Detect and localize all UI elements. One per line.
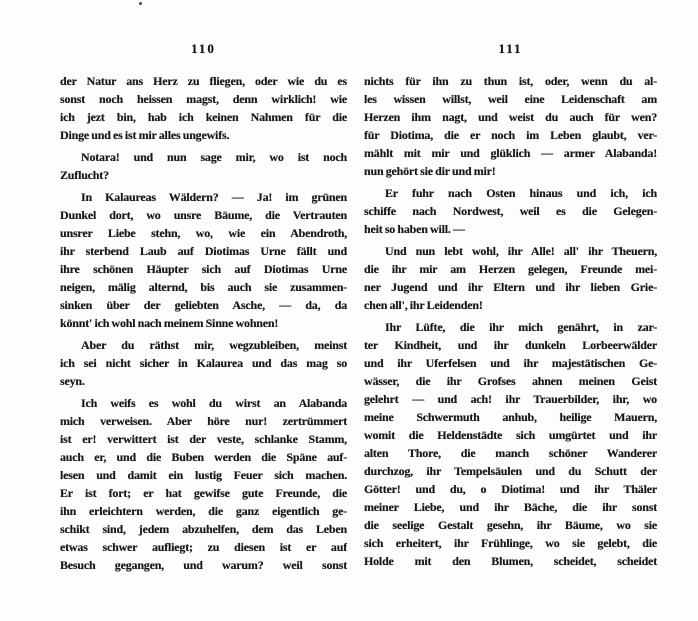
text-line: Notara! und nun sage mir, wo ist noch (60, 148, 347, 166)
text-line: Herzen ihm nagt, und weist du auch für w… (364, 108, 657, 126)
text-line: seyn. (60, 372, 347, 390)
text-line: Besuch gegangen, und warum? weil sonst (60, 556, 347, 574)
text-line: sinken über der geliebten Asche, — da, d… (60, 296, 347, 314)
text-line: mählt mit mir und glüklich — armer Alaba… (364, 144, 657, 162)
text-line: chen all', ihr Leidenden! (364, 296, 657, 314)
book-page-left: 110 der Natur ans Herz zu fliegen, oder … (60, 40, 347, 574)
text-line: auch er, und die Buben werden die Späne … (60, 448, 347, 466)
text-line: Er fuhr nach Osten hinaus und ich, ich (364, 184, 657, 202)
text-line: die seelige Gestalt gesehn, ihr Bäume, w… (364, 516, 657, 534)
text-line: der Natur ans Herz zu fliegen, oder wie … (60, 72, 347, 90)
page-text-column-left: der Natur ans Herz zu fliegen, oder wie … (60, 72, 347, 574)
text-line: mich verweisen. Aber höre nur! zertrümme… (60, 412, 347, 430)
text-line: neigen, mälig alternd, bis auch sie zusa… (60, 278, 347, 296)
text-line: Dinge und es ist mir alles ungewifs. (60, 126, 347, 144)
page-text-column-right: nichts für ihn zu thun ist, oder, wenn d… (364, 72, 657, 570)
text-line: Zuflucht? (60, 166, 347, 184)
text-line: ihre schönen Häupter sich auf Diotimas U… (60, 260, 347, 278)
text-line: ich sei nicht sicher in Kalaurea und das… (60, 354, 347, 372)
text-line: alten Thore, die manch schöner Wanderer (364, 444, 657, 462)
text-line: les wissen willst, weil eine Leidenschaf… (364, 90, 657, 108)
scan-speck-artifact (139, 2, 142, 5)
text-line: Und nun lebt wohl, ihr Alle! all' ihr Th… (364, 242, 657, 260)
text-line: ich jezt bin, hab ich keinen Nahmen für … (60, 108, 347, 126)
text-line: nichts für ihn zu thun ist, oder, wenn d… (364, 72, 657, 90)
text-line: etwas schwer aufliegt; zu diesen ist er … (60, 538, 347, 556)
text-line: sonst noch heissen magst, denn wirklich!… (60, 90, 347, 108)
book-page-right: 111 nichts für ihn zu thun ist, oder, we… (364, 40, 657, 570)
text-line: für Diotima, die er noch im Leben glaubt… (364, 126, 657, 144)
text-line: ner Jugend und ihr Eltern und ihr lieben… (364, 278, 657, 296)
text-line: schikt sind, jedem abzuhelfen, dem das L… (60, 520, 347, 538)
text-line: meiner Liebe, und ihr Bäche, die ihr son… (364, 498, 657, 516)
text-line: könnt' ich wohl nach meinem Sinne wohnen… (60, 314, 347, 332)
text-line: unsrer Liebe stehn, wo, wie ein Abendrot… (60, 224, 347, 242)
text-line: ihr sterbend Laub auf Diotimas Urne fäll… (60, 242, 347, 260)
text-line: womit die Heldenstädte sich umgürtet und… (364, 426, 657, 444)
text-line: Holde mit den Blumen, scheidet, scheidet (364, 552, 657, 570)
text-line: sich erheitert, ihr Frühlinge, wo sie ge… (364, 534, 657, 552)
scanned-book-spread: 110 der Natur ans Herz zu fliegen, oder … (0, 0, 698, 621)
text-line: In Kalaureas Wäldern? — Ja! im grünen (60, 188, 347, 206)
text-line: nun gehört sie dir und mir! (364, 162, 657, 180)
text-line: schiffe nach Nordwest, weil es die Geleg… (364, 202, 657, 220)
text-line: und ihr Uferfelsen und ihr majestätische… (364, 354, 657, 372)
text-line: Götter! und du, o Diotima! und ihr Thäle… (364, 480, 657, 498)
page-number-left: 110 (60, 40, 347, 58)
text-line: die ihr mir am Herzen gelegen, Freunde m… (364, 260, 657, 278)
text-line: meine Schwermuth anhub, heilige Mauern, (364, 408, 657, 426)
text-line: Er ist fort; er hat gewifse gute Freunde… (60, 484, 347, 502)
text-line: ter Kindheit, und ihr dunkeln Lorbeerwäl… (364, 336, 657, 354)
text-line: durchzog, ihr Tempelsäulen und du Schutt… (364, 462, 657, 480)
text-line: ist er! verwittert ist der veste, schlan… (60, 430, 347, 448)
text-line: gelehrt — und ach! ihr Trauerbilder, ihr… (364, 390, 657, 408)
text-line: Ihr Lüfte, die ihr mich genährt, in zar- (364, 318, 657, 336)
page-number-right: 111 (364, 40, 657, 58)
text-line: wässer, die ihr Grofses ahnen meinen Gei… (364, 372, 657, 390)
text-line: ihn erleichtern werden, die ganz eigentl… (60, 502, 347, 520)
text-line: heit so haben will. — (364, 220, 657, 238)
text-line: Dunkel dort, wo unsre Bäume, die Vertrau… (60, 206, 347, 224)
text-line: lesen und damit ein lustig Feuer sich ma… (60, 466, 347, 484)
text-line: Ich weifs es wohl du wirst an Alabanda (60, 394, 347, 412)
text-line: Aber du räthst mir, wegzubleiben, meinst (60, 336, 347, 354)
